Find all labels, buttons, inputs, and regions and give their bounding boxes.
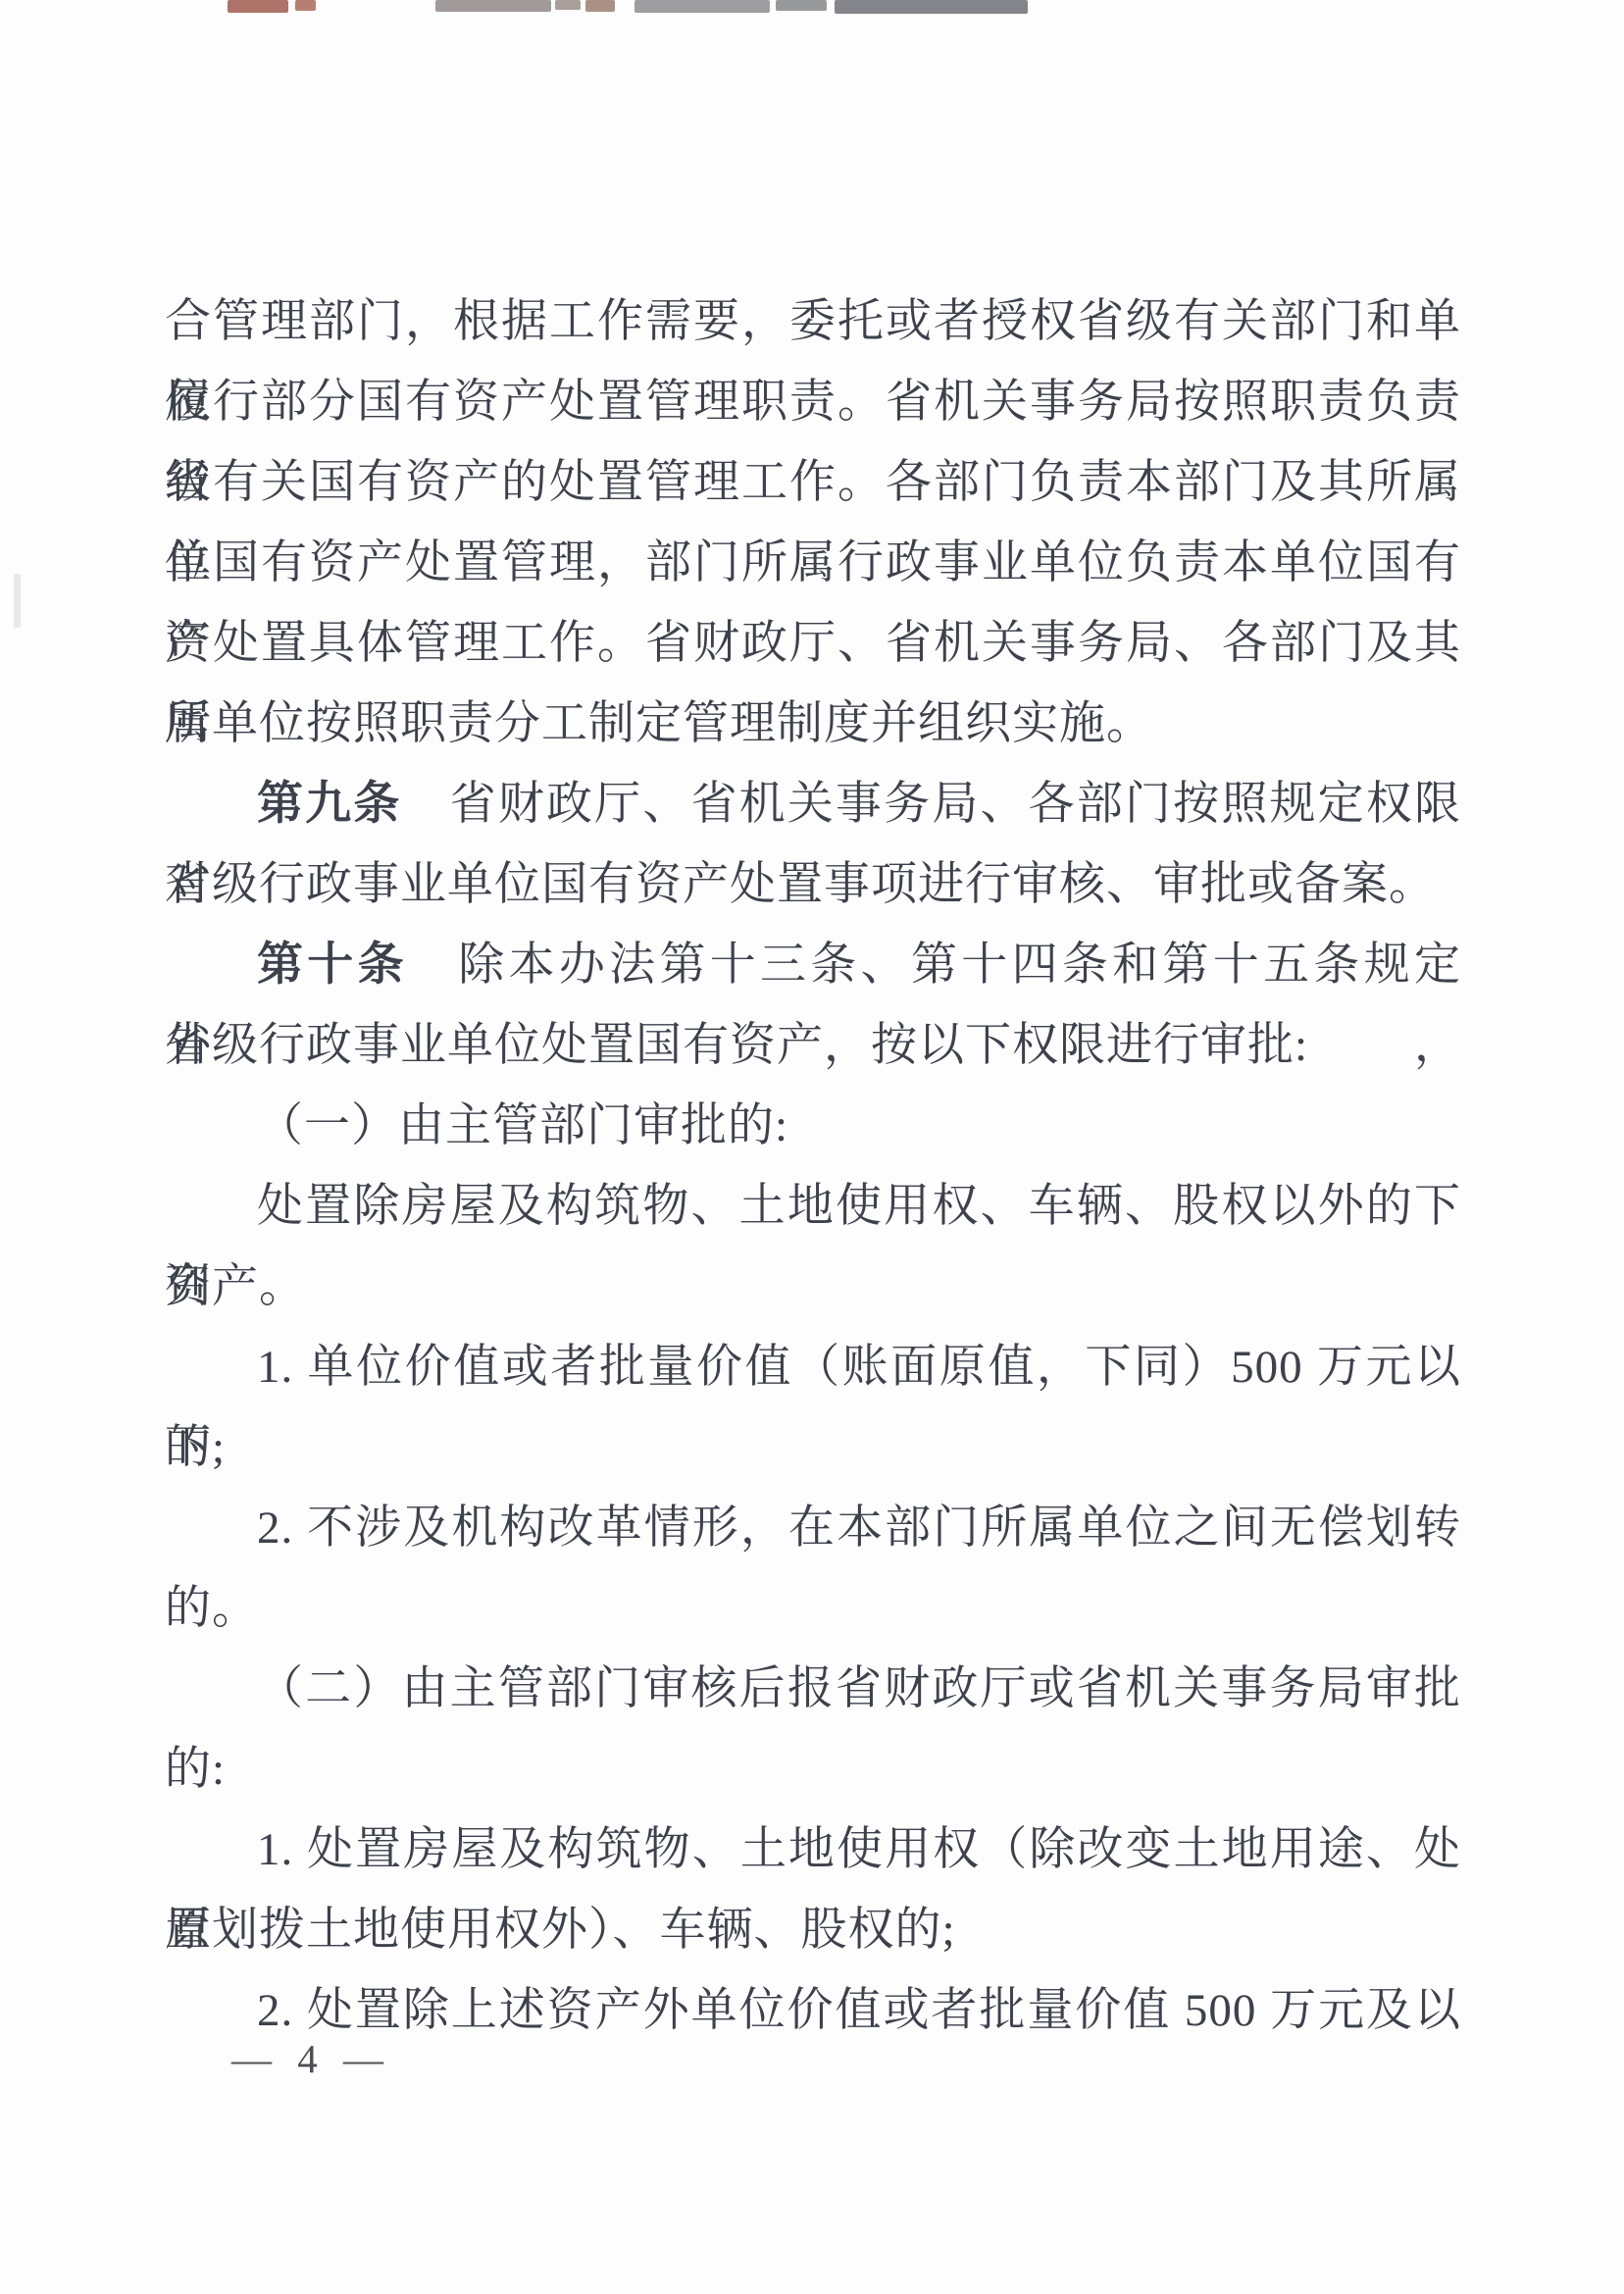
left-edge-artifact [14,574,21,628]
text-line: 省级行政事业单位处置国有资产，按以下权限进行审批: [165,1005,1461,1086]
text-line: （二）由主管部门审核后报省财政厅或省机关事务局审批 [165,1649,1461,1729]
text-run: 的: [165,1744,226,1795]
text-run: 的; [165,1422,226,1473]
text-run: 资产。 [165,1261,306,1312]
top-edge-artifact [776,0,827,11]
text-run: （二）由主管部门审核后报省财政厅或省机关事务局审批 [257,1663,1461,1714]
page-number: — 4 — [231,2034,391,2083]
top-edge-artifact [295,0,316,11]
text-line: 位国有资产处置管理，部门所属行政事业单位负责本单位国有资 [165,523,1461,603]
text-run: 第九条 [257,779,402,830]
text-line: 资产。 [165,1247,1461,1327]
text-run: （一）由主管部门审批的: [257,1100,788,1151]
text-line: （一）由主管部门审批的: [165,1086,1461,1166]
text-line: 2. 不涉及机构改革情形，在本部门所属单位之间无偿划转 [165,1488,1461,1568]
text-run: 原划拨土地使用权外）、车辆、股权的; [165,1905,956,1956]
text-run: 2. 不涉及机构改革情形，在本部门所属单位之间无偿划转 [257,1503,1461,1554]
text-line: 产处置具体管理工作。省财政厅、省机关事务局、各部门及其所 [165,603,1461,684]
top-edge-artifact [835,0,1028,14]
text-run: 第十条 [257,940,408,991]
text-line: 的: [165,1729,1461,1810]
top-edge-artifact [555,0,581,10]
text-run: 省级行政事业单位国有资产处置事项进行审核、审批或备案。 [165,859,1436,910]
text-line: 处置除房屋及构筑物、土地使用权、车辆、股权以外的下列 [165,1166,1461,1247]
text-run: 的。 [165,1583,259,1634]
text-line: 1. 处置房屋及构筑物、土地使用权（除改变土地用途、处置 [165,1810,1461,1890]
text-line: 级有关国有资产的处置管理工作。各部门负责本部门及其所属单 [165,442,1461,523]
text-line: 履行部分国有资产处置管理职责。省机关事务局按照职责负责省 [165,362,1461,442]
text-run: 2. 处置除上述资产外单位价值或者批量价值 500 万元及以 [257,1985,1461,2036]
top-edge-artifact [435,0,551,12]
top-edge-artifact [585,0,615,12]
text-line: 第九条 省财政厅、省机关事务局、各部门按照规定权限对 [165,764,1461,844]
top-edge-artifact [634,0,770,13]
text-line: 第十条 除本办法第十三条、第十四条和第十五条规定外， [165,925,1461,1005]
text-run: 省级行政事业单位处置国有资产，按以下权限进行审批: [165,1020,1308,1071]
text-run: 属单位按照职责分工制定管理制度并组织实施。 [165,698,1153,749]
text-line: 属单位按照职责分工制定管理制度并组织实施。 [165,684,1461,764]
text-line: 省级行政事业单位国有资产处置事项进行审核、审批或备案。 [165,844,1461,925]
text-line: 的; [165,1407,1461,1488]
text-line: 1. 单位价值或者批量价值（账面原值，下同）500 万元以下 [165,1327,1461,1407]
document-page: 合管理部门，根据工作需要，委托或者授权省级有关部门和单位履行部分国有资产处置管理… [0,0,1624,2294]
text-line: 的。 [165,1568,1461,1649]
document-body: 合管理部门，根据工作需要，委托或者授权省级有关部门和单位履行部分国有资产处置管理… [165,281,1461,2051]
text-line: 原划拨土地使用权外）、车辆、股权的; [165,1890,1461,1970]
top-edge-artifact [228,0,288,13]
text-line: 合管理部门，根据工作需要，委托或者授权省级有关部门和单位 [165,281,1461,362]
